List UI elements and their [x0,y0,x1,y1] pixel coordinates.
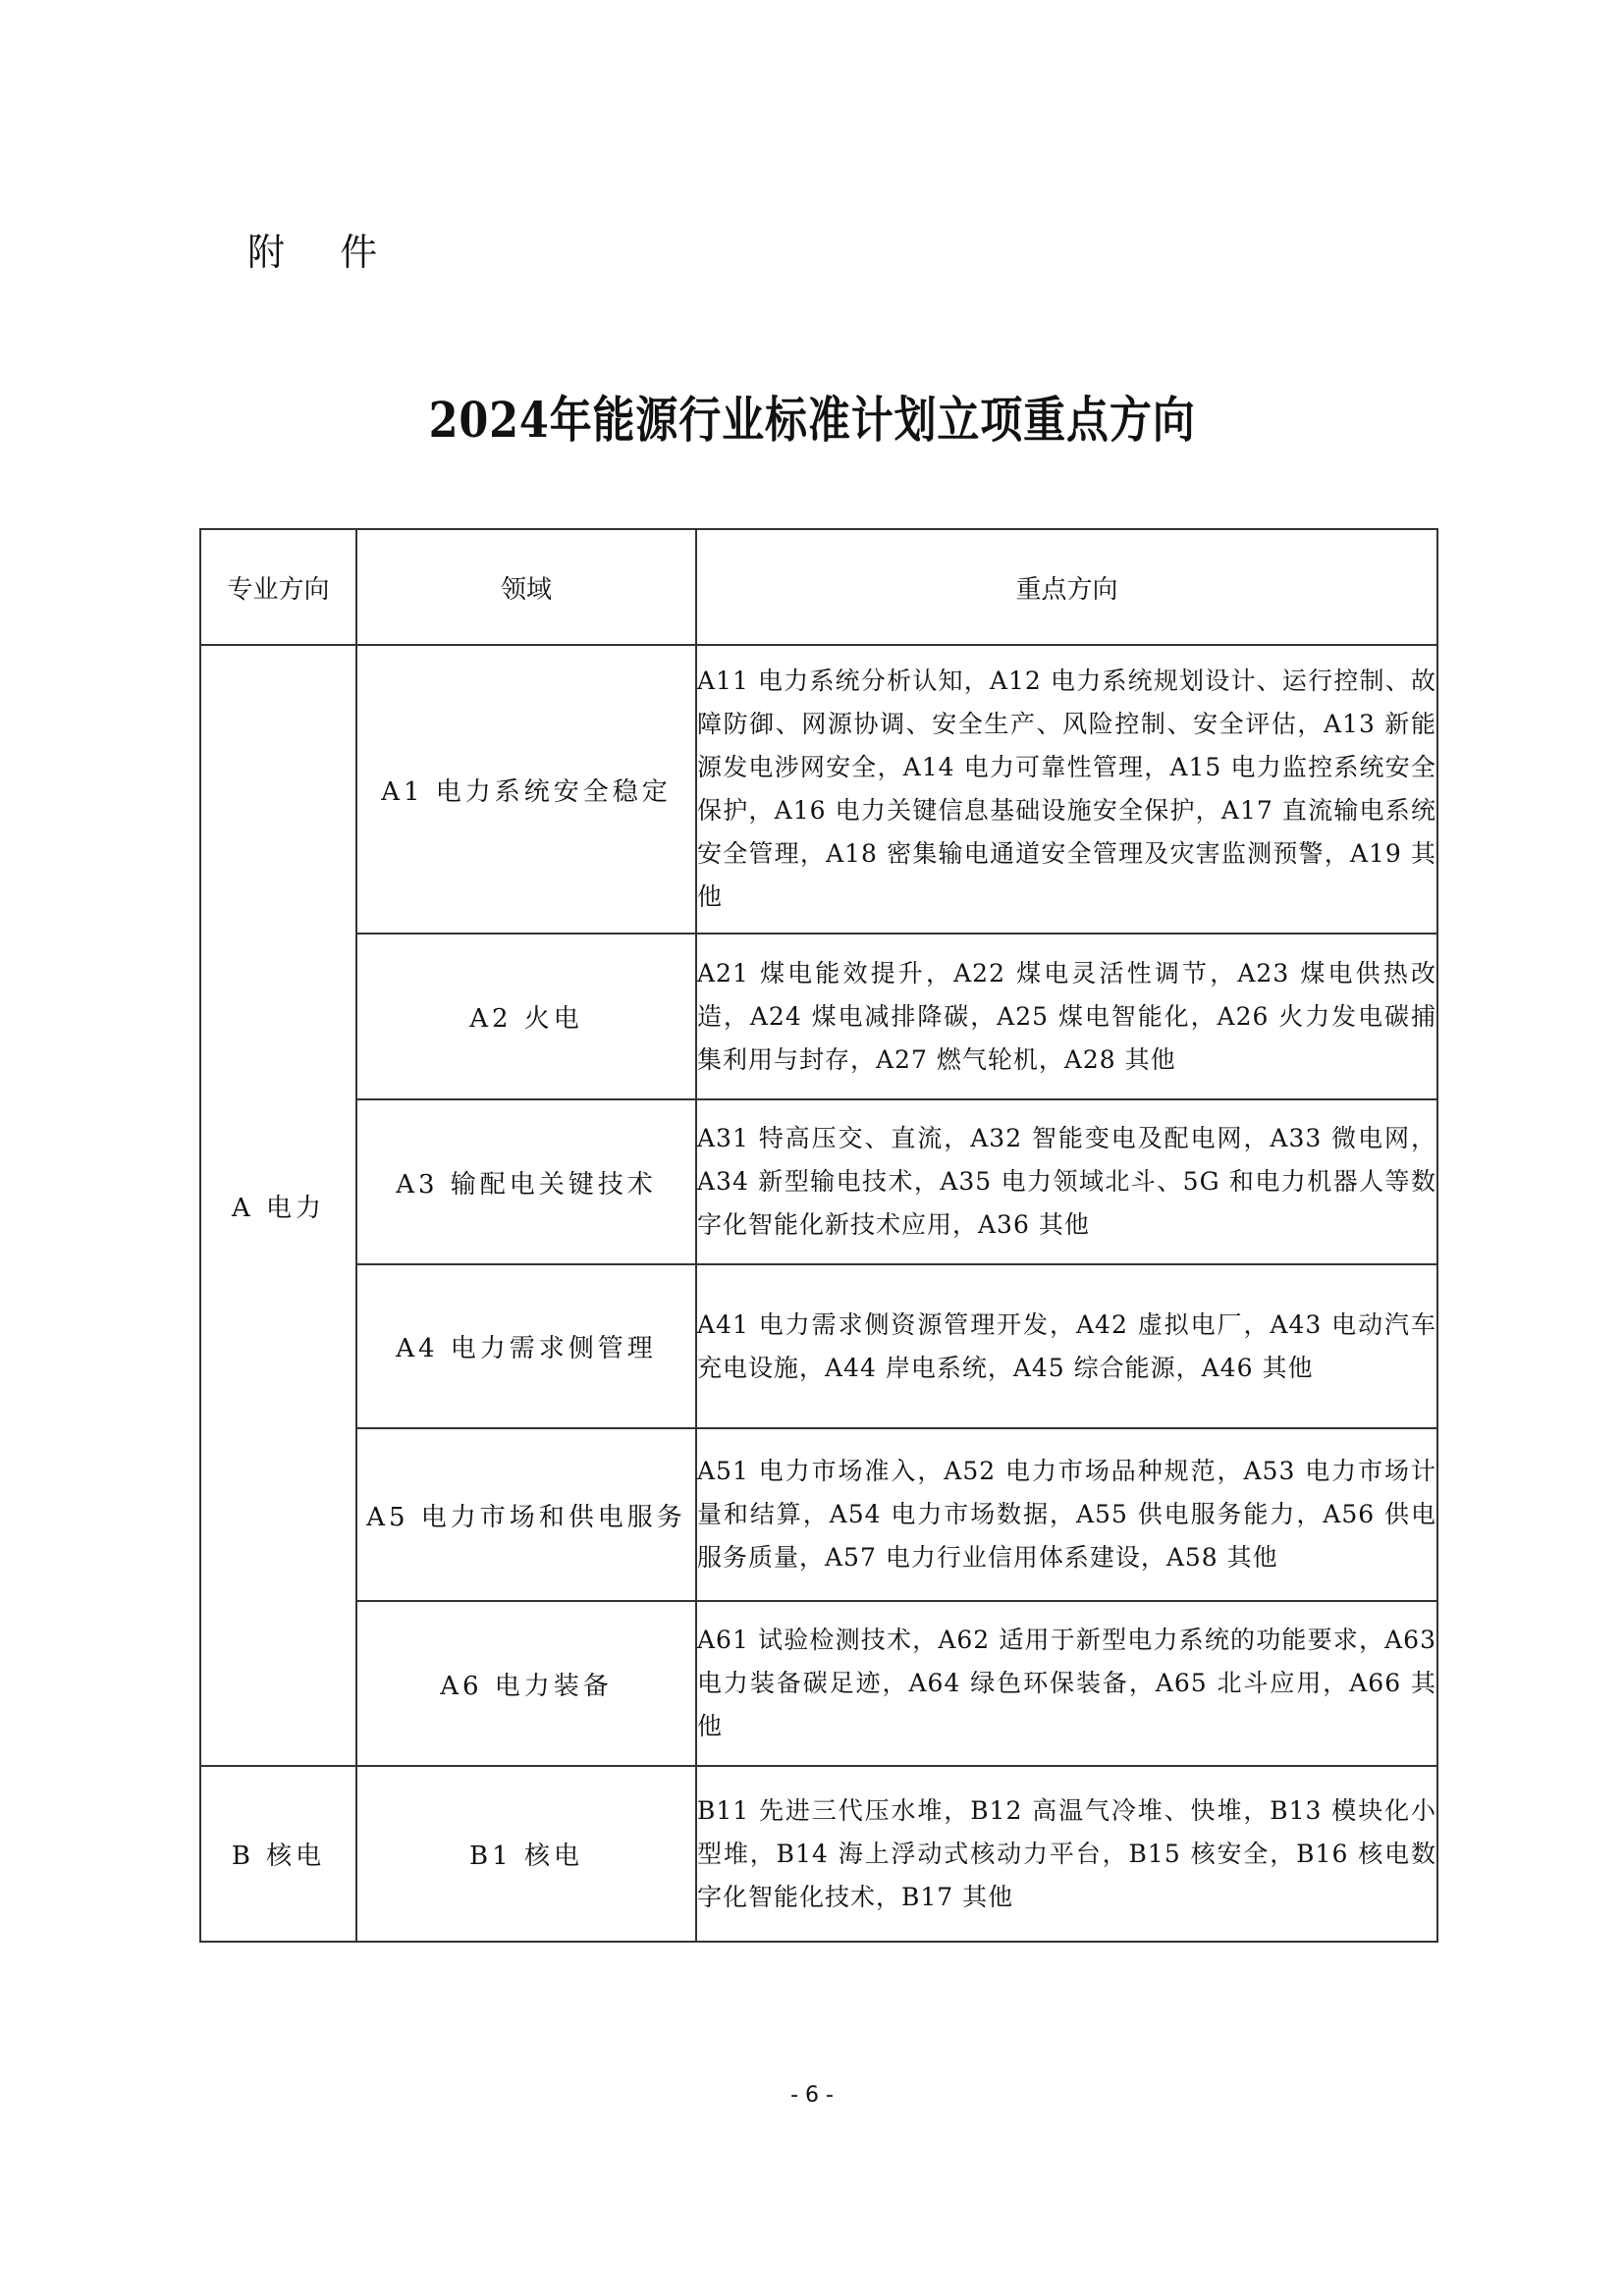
header-focus: 重点方向 [696,529,1437,645]
header-major: 专业方向 [200,529,356,645]
title-container: 2024年能源行业标准计划立项重点方向 [0,381,1624,452]
focus-text: A21 煤电能效提升，A22 煤电灵活性调节，A23 煤电供热改造，A24 煤电… [697,952,1436,1082]
domain-cell: A2 火电 [356,934,696,1099]
domain-cell: B1 核电 [356,1766,696,1942]
major-cell-a: A 电力 [200,645,356,1766]
table-row: B 核电 B1 核电 B11 先进三代压水堆，B12 高温气冷堆、快堆，B13 … [200,1766,1437,1942]
focus-text: A41 电力需求侧资源管理开发，A42 虚拟电厂，A43 电动汽车充电设施，A4… [697,1304,1436,1390]
domain-cell: A6 电力装备 [356,1601,696,1766]
domain-cell: A4 电力需求侧管理 [356,1264,696,1428]
focus-cell: A51 电力市场准入，A52 电力市场品种规范，A53 电力市场计量和结算，A5… [696,1428,1437,1601]
focus-text: A31 特高压交、直流，A32 智能变电及配电网，A33 微电网，A34 新型输… [697,1117,1436,1247]
focus-cell: A11 电力系统分析认知，A12 电力系统规划设计、运行控制、故障防御、网源协调… [696,645,1437,934]
table-row: A4 电力需求侧管理 A41 电力需求侧资源管理开发，A42 虚拟电厂，A43 … [200,1264,1437,1428]
header-domain: 领域 [356,529,696,645]
focus-cell: A21 煤电能效提升，A22 煤电灵活性调节，A23 煤电供热改造，A24 煤电… [696,934,1437,1099]
focus-text: A61 试验检测技术，A62 适用于新型电力系统的功能要求，A63 电力装备碳足… [697,1619,1436,1748]
table-row: A 电力 A1 电力系统安全稳定 A11 电力系统分析认知，A12 电力系统规划… [200,645,1437,934]
focus-cell: A41 电力需求侧资源管理开发，A42 虚拟电厂，A43 电动汽车充电设施，A4… [696,1264,1437,1428]
page-number: - 6 - [0,2083,1624,2108]
table-row: A5 电力市场和供电服务 A51 电力市场准入，A52 电力市场品种规范，A53… [200,1428,1437,1601]
annex-label: 附 件 [247,222,399,276]
domain-cell: A1 电力系统安全稳定 [356,645,696,934]
focus-cell: B11 先进三代压水堆，B12 高温气冷堆、快堆，B13 模块化小型堆，B14 … [696,1766,1437,1942]
focus-text: A11 电力系统分析认知，A12 电力系统规划设计、运行控制、故障防御、网源协调… [697,660,1436,919]
focus-cell: A61 试验检测技术，A62 适用于新型电力系统的功能要求，A63 电力装备碳足… [696,1601,1437,1766]
document-title: 2024年能源行业标准计划立项重点方向 [428,381,1195,452]
focus-text: B11 先进三代压水堆，B12 高温气冷堆、快堆，B13 模块化小型堆，B14 … [697,1789,1436,1919]
table-row: A3 输配电关键技术 A31 特高压交、直流，A32 智能变电及配电网，A33 … [200,1099,1437,1264]
table-row: A2 火电 A21 煤电能效提升，A22 煤电灵活性调节，A23 煤电供热改造，… [200,934,1437,1099]
domain-cell: A3 输配电关键技术 [356,1099,696,1264]
table-row: A6 电力装备 A61 试验检测技术，A62 适用于新型电力系统的功能要求，A6… [200,1601,1437,1766]
focus-text: A51 电力市场准入，A52 电力市场品种规范，A53 电力市场计量和结算，A5… [697,1450,1436,1579]
focus-cell: A31 特高压交、直流，A32 智能变电及配电网，A33 微电网，A34 新型输… [696,1099,1437,1264]
focus-directions-table: 专业方向 领域 重点方向 A 电力 A1 电力系统安全稳定 A11 电力系统分析… [199,528,1438,1943]
domain-cell: A5 电力市场和供电服务 [356,1428,696,1601]
major-cell-b: B 核电 [200,1766,356,1942]
table-header-row: 专业方向 领域 重点方向 [200,529,1437,645]
